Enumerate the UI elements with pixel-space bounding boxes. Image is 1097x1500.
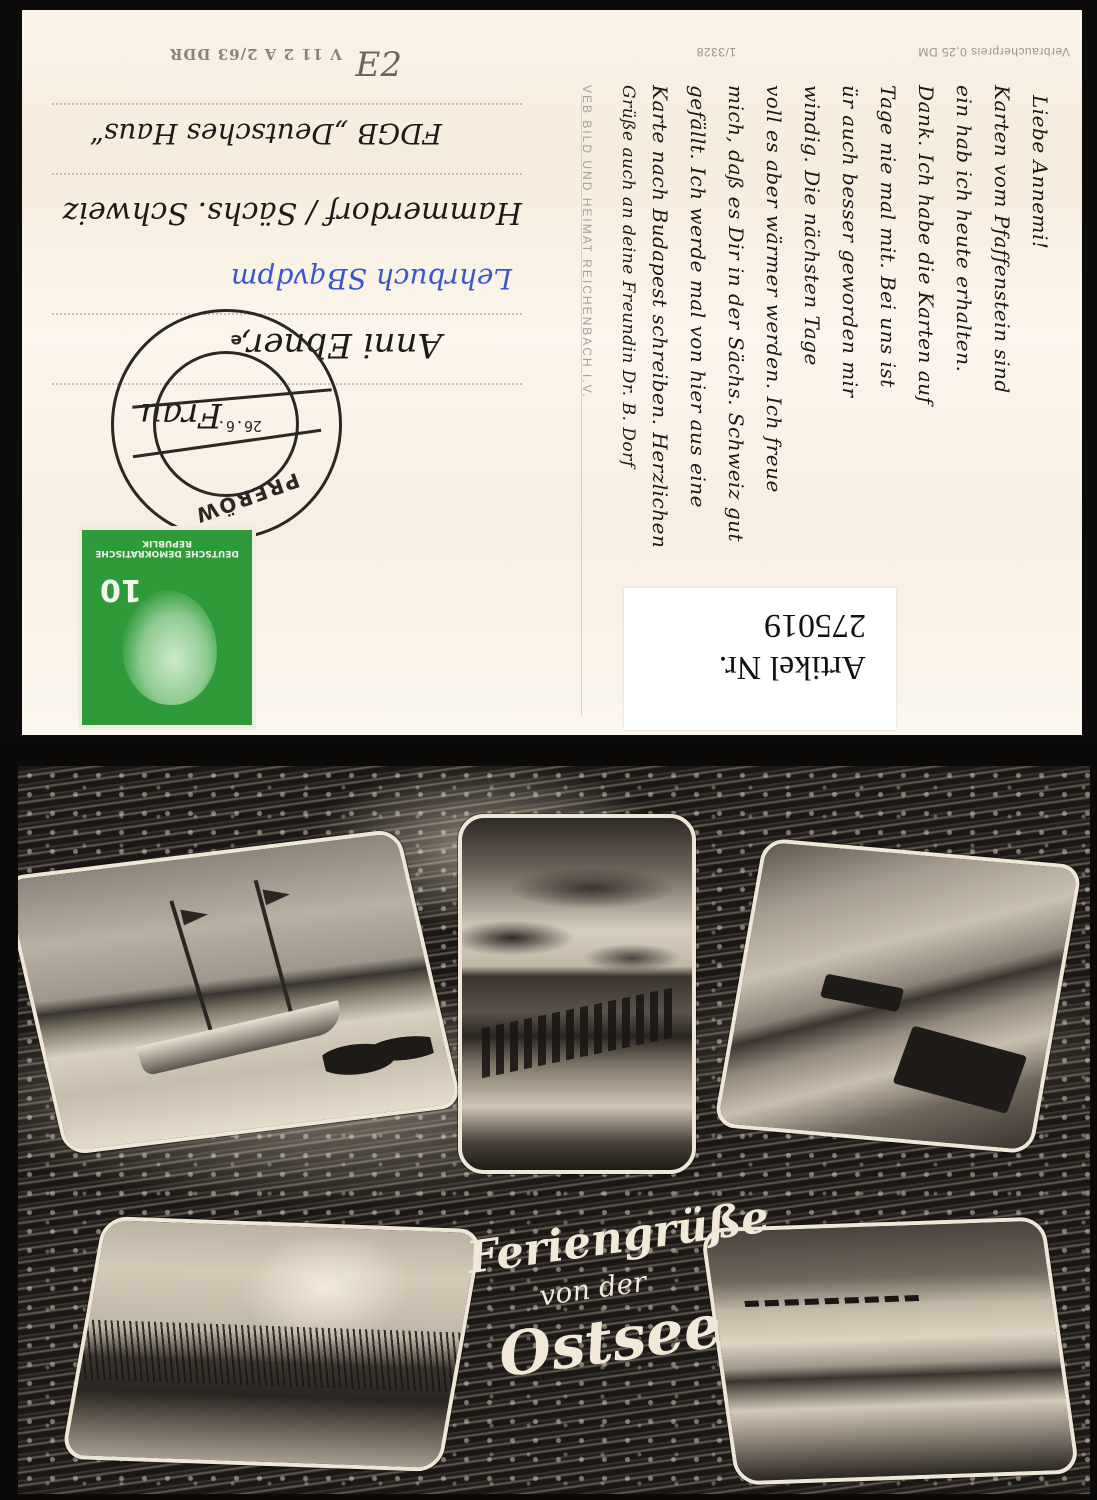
vignette-breakwater [458,814,696,1174]
article-number-label: Artikel Nr. 275019 [624,588,896,730]
message-line: ein hab ich heute erhalten. [952,85,976,372]
message-line: Liebe Annemi! [1028,95,1052,249]
boat [820,974,904,1013]
postcard-back-scan: Verbraucherpreis 0,25 DM 1/3328 V 11 2 A… [0,0,1097,740]
price-imprint: Verbraucherpreis 0,25 DM [918,45,1070,59]
boat-hull [136,1000,348,1076]
boat [892,1025,1027,1113]
groynes [482,988,672,1078]
postmark-date: 26.6. [217,417,262,435]
flag-icon [262,886,291,905]
article-label-inner: Artikel Nr. 275019 [624,588,896,730]
vignette-beach-groynes [700,1217,1080,1486]
vignette-dune-grass [61,1216,484,1472]
vignette-scene [718,842,1078,1150]
stamp-country: DEUTSCHE DEMOKRATISCHE REPUBLIK [82,538,252,558]
address-line [52,103,522,105]
message-line: ür auch besser geworden mir [838,85,862,398]
catalog-number: 1/3328 [696,45,736,59]
print-code: V 11 2 A 2/63 DDR [169,45,342,63]
message-line: Grüße auch an deine Freundin Dr. B. Dorf [618,85,638,468]
vignette-scene [18,833,458,1151]
postcard-back-paper: Verbraucherpreis 0,25 DM 1/3328 V 11 2 A… [22,10,1082,735]
message-line: windig. Die nächsten Tage [800,85,824,366]
address-line [52,173,522,175]
message-line: Karten vom Pfaffenstein sind [990,85,1014,394]
groyne-posts [744,1295,925,1307]
people-on-beach [317,1021,437,1083]
article-label-text: Artikel Nr. [719,648,866,686]
address-note-blue: Lehrbuch SBqvdpm [231,262,512,295]
front-photo-background: Feriengrüße von der Ostsee [18,766,1090,1494]
postcard-front-scan: Feriengrüße von der Ostsee [0,740,1097,1500]
message-line: Karte nach Budapest schreiben. Herzliche… [648,85,672,548]
message-line: gefällt. Ich werde mal von hier aus eine [686,85,710,508]
vignette-scene [705,1221,1076,1482]
vignette-scene [65,1220,478,1468]
stamp-portrait-icon [122,590,217,705]
message-line: Dank. Ich habe die Karten auf [914,85,938,404]
message-line: voll es aber wärmer werden. Ich freue [762,85,786,493]
message-line: mich, daß es Dir in der Sächs. Schweiz g… [724,85,748,542]
publisher-imprint: VEB BILD UND HEIMAT REICHENBACH I.V. [580,85,594,399]
vignette-sailing-boat [18,829,463,1156]
vignette-boats-shore [713,838,1083,1155]
address-line [52,313,522,315]
dune-grass [79,1320,461,1393]
pencil-note: E2 [356,45,402,85]
message-line: Tage nie mal mit. Bei uns ist [876,85,900,388]
postage-stamp: 10 DEUTSCHE DEMOKRATISCHE REPUBLIK [82,530,252,725]
postcard-title: Feriengrüße von der Ostsee [463,1190,730,1431]
stamp-value: 10 [100,572,142,607]
address-city: Hammerdorf / Sächs. Schweiz [63,195,522,230]
postmark-number: e [230,330,242,350]
vignette-scene [462,818,692,1170]
address-institution: FDGB „Deutsches Haus“ [90,117,442,150]
flag-icon [180,907,209,926]
article-number: 275019 [764,606,866,644]
